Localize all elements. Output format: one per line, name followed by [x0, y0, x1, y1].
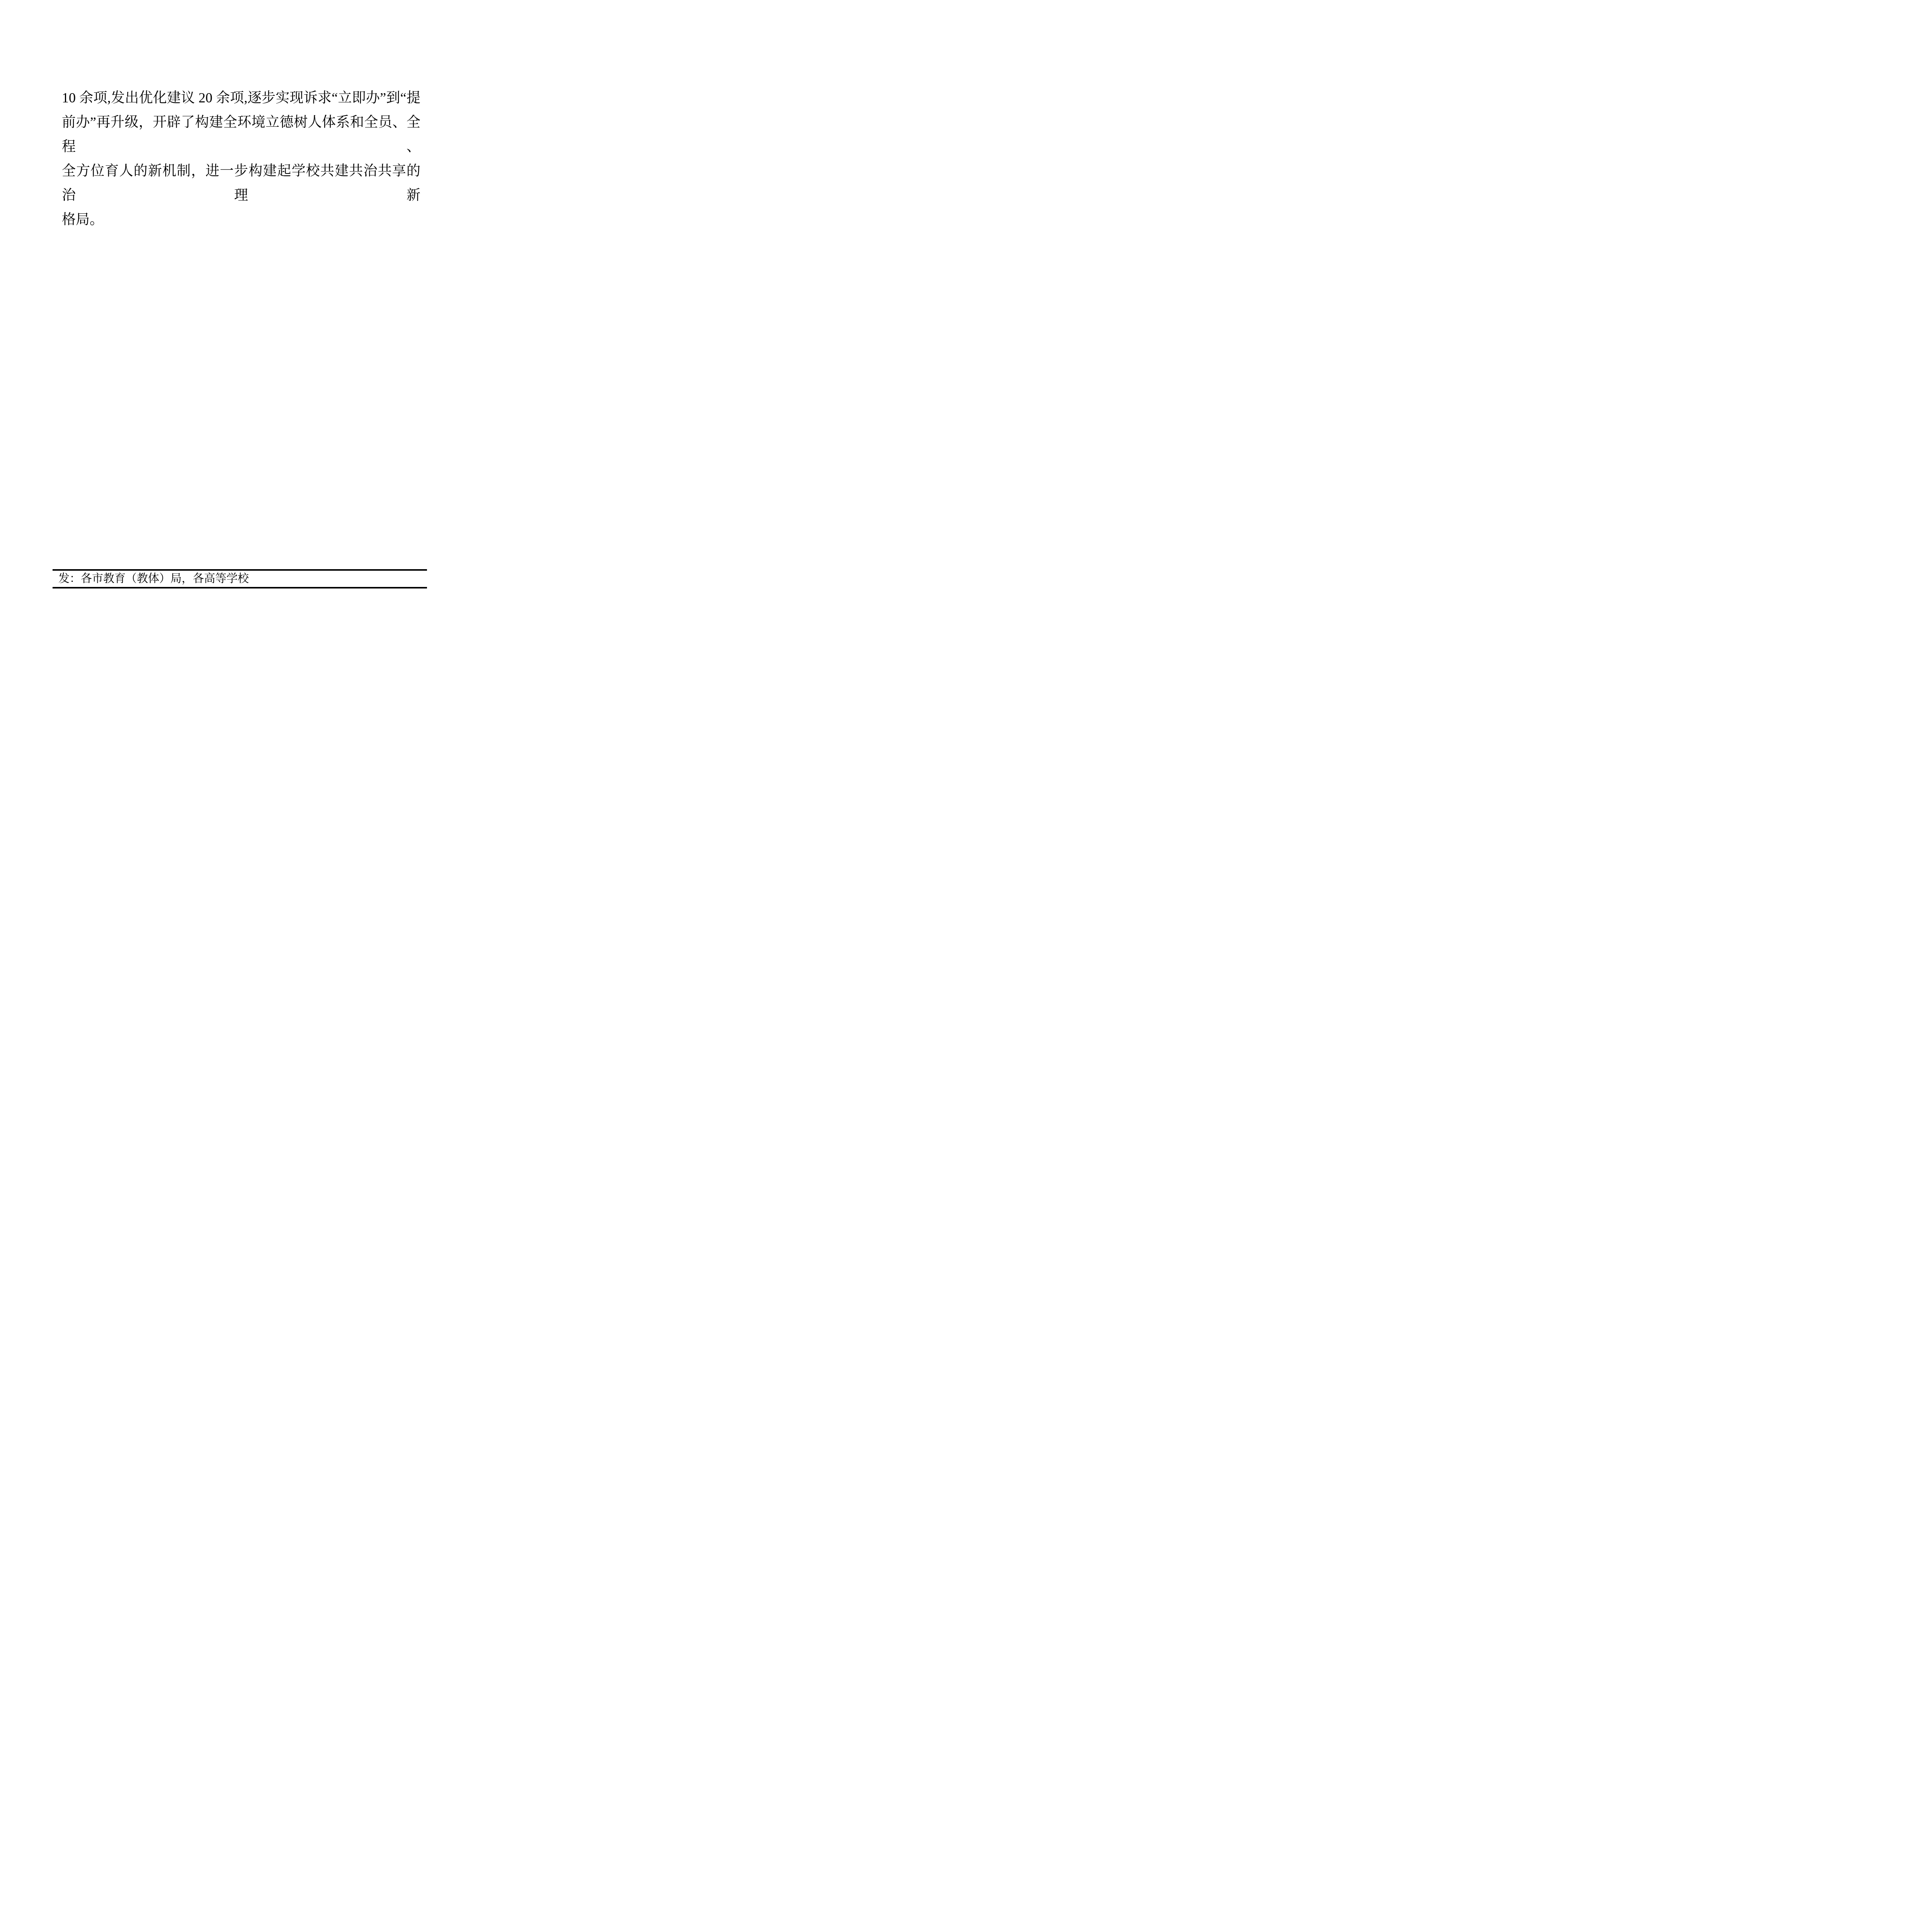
- footer-rule-bottom: [53, 587, 427, 588]
- paragraph-line: 10 余项,发出优化建议 20 余项,逐步实现诉求“立即办”到“提: [62, 86, 420, 110]
- body-paragraph: 10 余项,发出优化建议 20 余项,逐步实现诉求“立即办”到“提 前办”再升级…: [62, 86, 420, 232]
- paragraph-line: 前办”再升级，开辟了构建全环境立德树人体系和全员、全程、: [62, 110, 420, 159]
- paragraph-line: 格局。: [62, 207, 420, 232]
- distribution-footer: 发：各市教育（教体）局，各高等学校: [53, 569, 427, 588]
- document-page: 10 余项,发出优化建议 20 余项,逐步实现诉求“立即办”到“提 前办”再升级…: [0, 0, 479, 678]
- paragraph-line: 全方位育人的新机制，进一步构建起学校共建共治共享的治理新: [62, 159, 420, 207]
- distribution-line: 发：各市教育（教体）局，各高等学校: [53, 571, 427, 587]
